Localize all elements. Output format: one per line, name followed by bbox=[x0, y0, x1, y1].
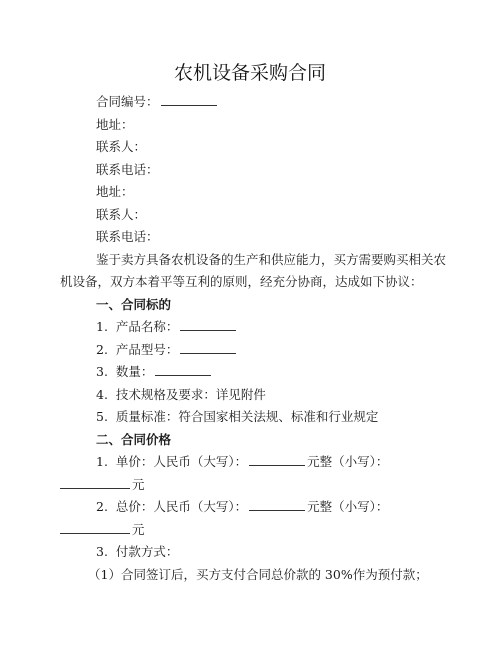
item-label: 单价：人民币（大写）： bbox=[116, 454, 247, 469]
phone-field-1: 联系电话： bbox=[96, 161, 159, 179]
item-text: 质量标准：符合国家相关法规、标准和行业规定 bbox=[116, 409, 379, 424]
blank-line bbox=[60, 476, 130, 489]
item-number: 1. bbox=[96, 319, 108, 334]
address-field-1: 地址： bbox=[96, 116, 134, 134]
blank-line bbox=[180, 318, 236, 331]
total-price-item: 2. 总价：人民币（大写）：元整（小写）： bbox=[96, 498, 388, 516]
item-number: 1. bbox=[96, 454, 108, 469]
item-number: 4. bbox=[96, 387, 108, 402]
phone-field-2: 联系电话： bbox=[96, 228, 159, 246]
item-label-mid: 元整（小写）： bbox=[307, 454, 388, 469]
unit-price-item: 1. 单价：人民币（大写）：元整（小写）： bbox=[96, 453, 388, 471]
unit-price-lower: 元 bbox=[60, 476, 145, 494]
contract-number-field: 合同编号： bbox=[96, 93, 219, 111]
item-number: 3. bbox=[96, 544, 108, 559]
blank-line bbox=[249, 498, 305, 511]
item-label: 付款方式： bbox=[116, 544, 179, 559]
item-label: 产品名称： bbox=[116, 319, 179, 334]
blank-line bbox=[60, 521, 130, 534]
product-name-item: 1. 产品名称： bbox=[96, 318, 238, 336]
payment-method-item: 3. 付款方式： bbox=[96, 543, 178, 561]
document-page: 农机设备采购合同 合同编号： 地址： 联系人： 联系电话： 地址： 联系人： 联… bbox=[0, 0, 500, 647]
item-number: 2. bbox=[96, 499, 108, 514]
preamble-line-1: 鉴于卖方具备农机设备的生产和供应能力，买方需要购买相关农 bbox=[96, 251, 446, 269]
payment-term-1: （1）合同签订后，买方支付合同总价款的 30%作为预付款； bbox=[88, 566, 428, 584]
section-heading-subject: 一、合同标的 bbox=[96, 296, 171, 314]
item-label: 总价：人民币（大写）： bbox=[116, 499, 247, 514]
preamble-line-2: 机设备，双方本着平等互利的原则，经充分协商，达成如下协议： bbox=[60, 273, 423, 291]
item-label: 数量： bbox=[116, 364, 154, 379]
total-price-lower: 元 bbox=[60, 521, 145, 539]
document-title: 农机设备采购合同 bbox=[0, 60, 500, 86]
address-field-2: 地址： bbox=[96, 183, 134, 201]
currency-unit: 元 bbox=[132, 477, 145, 492]
item-number: 2. bbox=[96, 342, 108, 357]
product-model-item: 2. 产品型号： bbox=[96, 341, 238, 359]
blank-line bbox=[161, 93, 217, 106]
blank-line bbox=[249, 453, 305, 466]
contact-field-2: 联系人： bbox=[96, 206, 146, 224]
blank-line bbox=[155, 363, 211, 376]
item-label-mid: 元整（小写）： bbox=[307, 499, 388, 514]
contact-field-1: 联系人： bbox=[96, 138, 146, 156]
item-label: 产品型号： bbox=[116, 342, 179, 357]
section-heading-price: 二、合同价格 bbox=[96, 431, 171, 449]
item-number: 5. bbox=[96, 409, 108, 424]
quantity-item: 3. 数量： bbox=[96, 363, 213, 381]
tech-spec-item: 4. 技术规格及要求：详见附件 bbox=[96, 386, 266, 404]
field-label: 合同编号： bbox=[96, 94, 159, 109]
item-number: 3. bbox=[96, 364, 108, 379]
currency-unit: 元 bbox=[132, 522, 145, 537]
blank-line bbox=[180, 341, 236, 354]
item-text: 技术规格及要求：详见附件 bbox=[116, 387, 266, 402]
quality-standard-item: 5. 质量标准：符合国家相关法规、标准和行业规定 bbox=[96, 408, 378, 426]
